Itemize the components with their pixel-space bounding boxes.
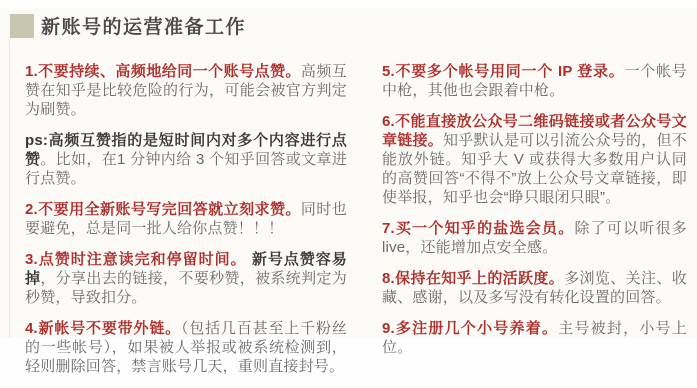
tip-item-ps: ps:高频互赞指的是短时间内对多个内容进行点赞。比如，在1 分钟内给 3 个知乎… xyxy=(25,131,347,188)
tip-lead: 9.多注册几个小号养着。 xyxy=(382,320,558,337)
tip-item-3: 3.点赞时注意读完和停留时间。 新号点赞容易掉，分享出去的链接，不要秒赞，被系统… xyxy=(25,250,347,307)
page-left-edge xyxy=(9,40,10,338)
tip-item-2: 2.不要用全新账号写完回答就立刻求赞。同时也要避免，总是同一批人给你点赞！！！ xyxy=(25,200,347,238)
tip-lead: 4.新帐号不要带外链。 xyxy=(25,320,181,337)
tip-item-1: 1.不要持续、高频地给同一个账号点赞。高频互赞在知乎是比较危险的行为，可能会被官… xyxy=(25,62,347,119)
title-bullet-square xyxy=(10,14,34,38)
tip-item-8: 8.保持在知乎上的活跃度。多浏览、关注、收藏、感谢，以及多写没有转化设置的回答。 xyxy=(382,269,687,307)
page-title: 新账号的运营准备工作 xyxy=(41,12,246,39)
tip-lead: 3.点赞时注意读完和停留时间。 xyxy=(25,251,247,268)
tip-lead: 8.保持在知乎上的活跃度。 xyxy=(382,270,564,287)
tip-item-6: 6.不能直接放公众号二维码链接或者公众号文章链接。知乎默认是可以引流公众号的，但… xyxy=(382,112,687,207)
tip-lead: 1.不要持续、高频地给同一个账号点赞。 xyxy=(25,63,301,80)
tip-item-9: 9.多注册几个小号养着。主号被封，小号上位。 xyxy=(382,319,687,338)
tips-column-right: 5.不要多个帐号用同一个 IP 登录。一个帐号中枪，其他也会跟着中枪。 6.不能… xyxy=(382,62,687,338)
tip-body: 。比如，在1 分钟内给 3 个知乎回答或文章进行点赞。 xyxy=(25,151,347,187)
tips-columns: 1.不要持续、高频地给同一个账号点赞。高频互赞在知乎是比较危险的行为，可能会被官… xyxy=(25,62,687,338)
tip-item-4: 4.新帐号不要带外链。（包括几百甚至上千粉丝的一些帐号），如果被人举报或被系统检… xyxy=(25,319,347,338)
tip-lead: 2.不要用全新账号写完回答就立刻求赞。 xyxy=(25,201,301,218)
tip-item-7: 7.买一个知乎的盐选会员。除了可以听很多 live，还能增加点安全感。 xyxy=(382,219,687,257)
column-gap xyxy=(347,62,382,338)
tips-column-left: 1.不要持续、高频地给同一个账号点赞。高频互赞在知乎是比较危险的行为，可能会被官… xyxy=(25,62,347,338)
tip-body: ，分享出去的链接，不要秒赞，被系统判定为秒赞，导致扣分。 xyxy=(25,270,347,306)
section-header: 新账号的运营准备工作 xyxy=(10,12,246,39)
tip-lead: 7.买一个知乎的盐选会员。 xyxy=(382,220,574,237)
tip-lead: 5.不要多个帐号用同一个 IP 登录。 xyxy=(382,63,625,80)
tip-item-5: 5.不要多个帐号用同一个 IP 登录。一个帐号中枪，其他也会跟着中枪。 xyxy=(382,62,687,100)
article-page: 新账号的运营准备工作 1.不要持续、高频地给同一个账号点赞。高频互赞在知乎是比较… xyxy=(0,0,697,338)
